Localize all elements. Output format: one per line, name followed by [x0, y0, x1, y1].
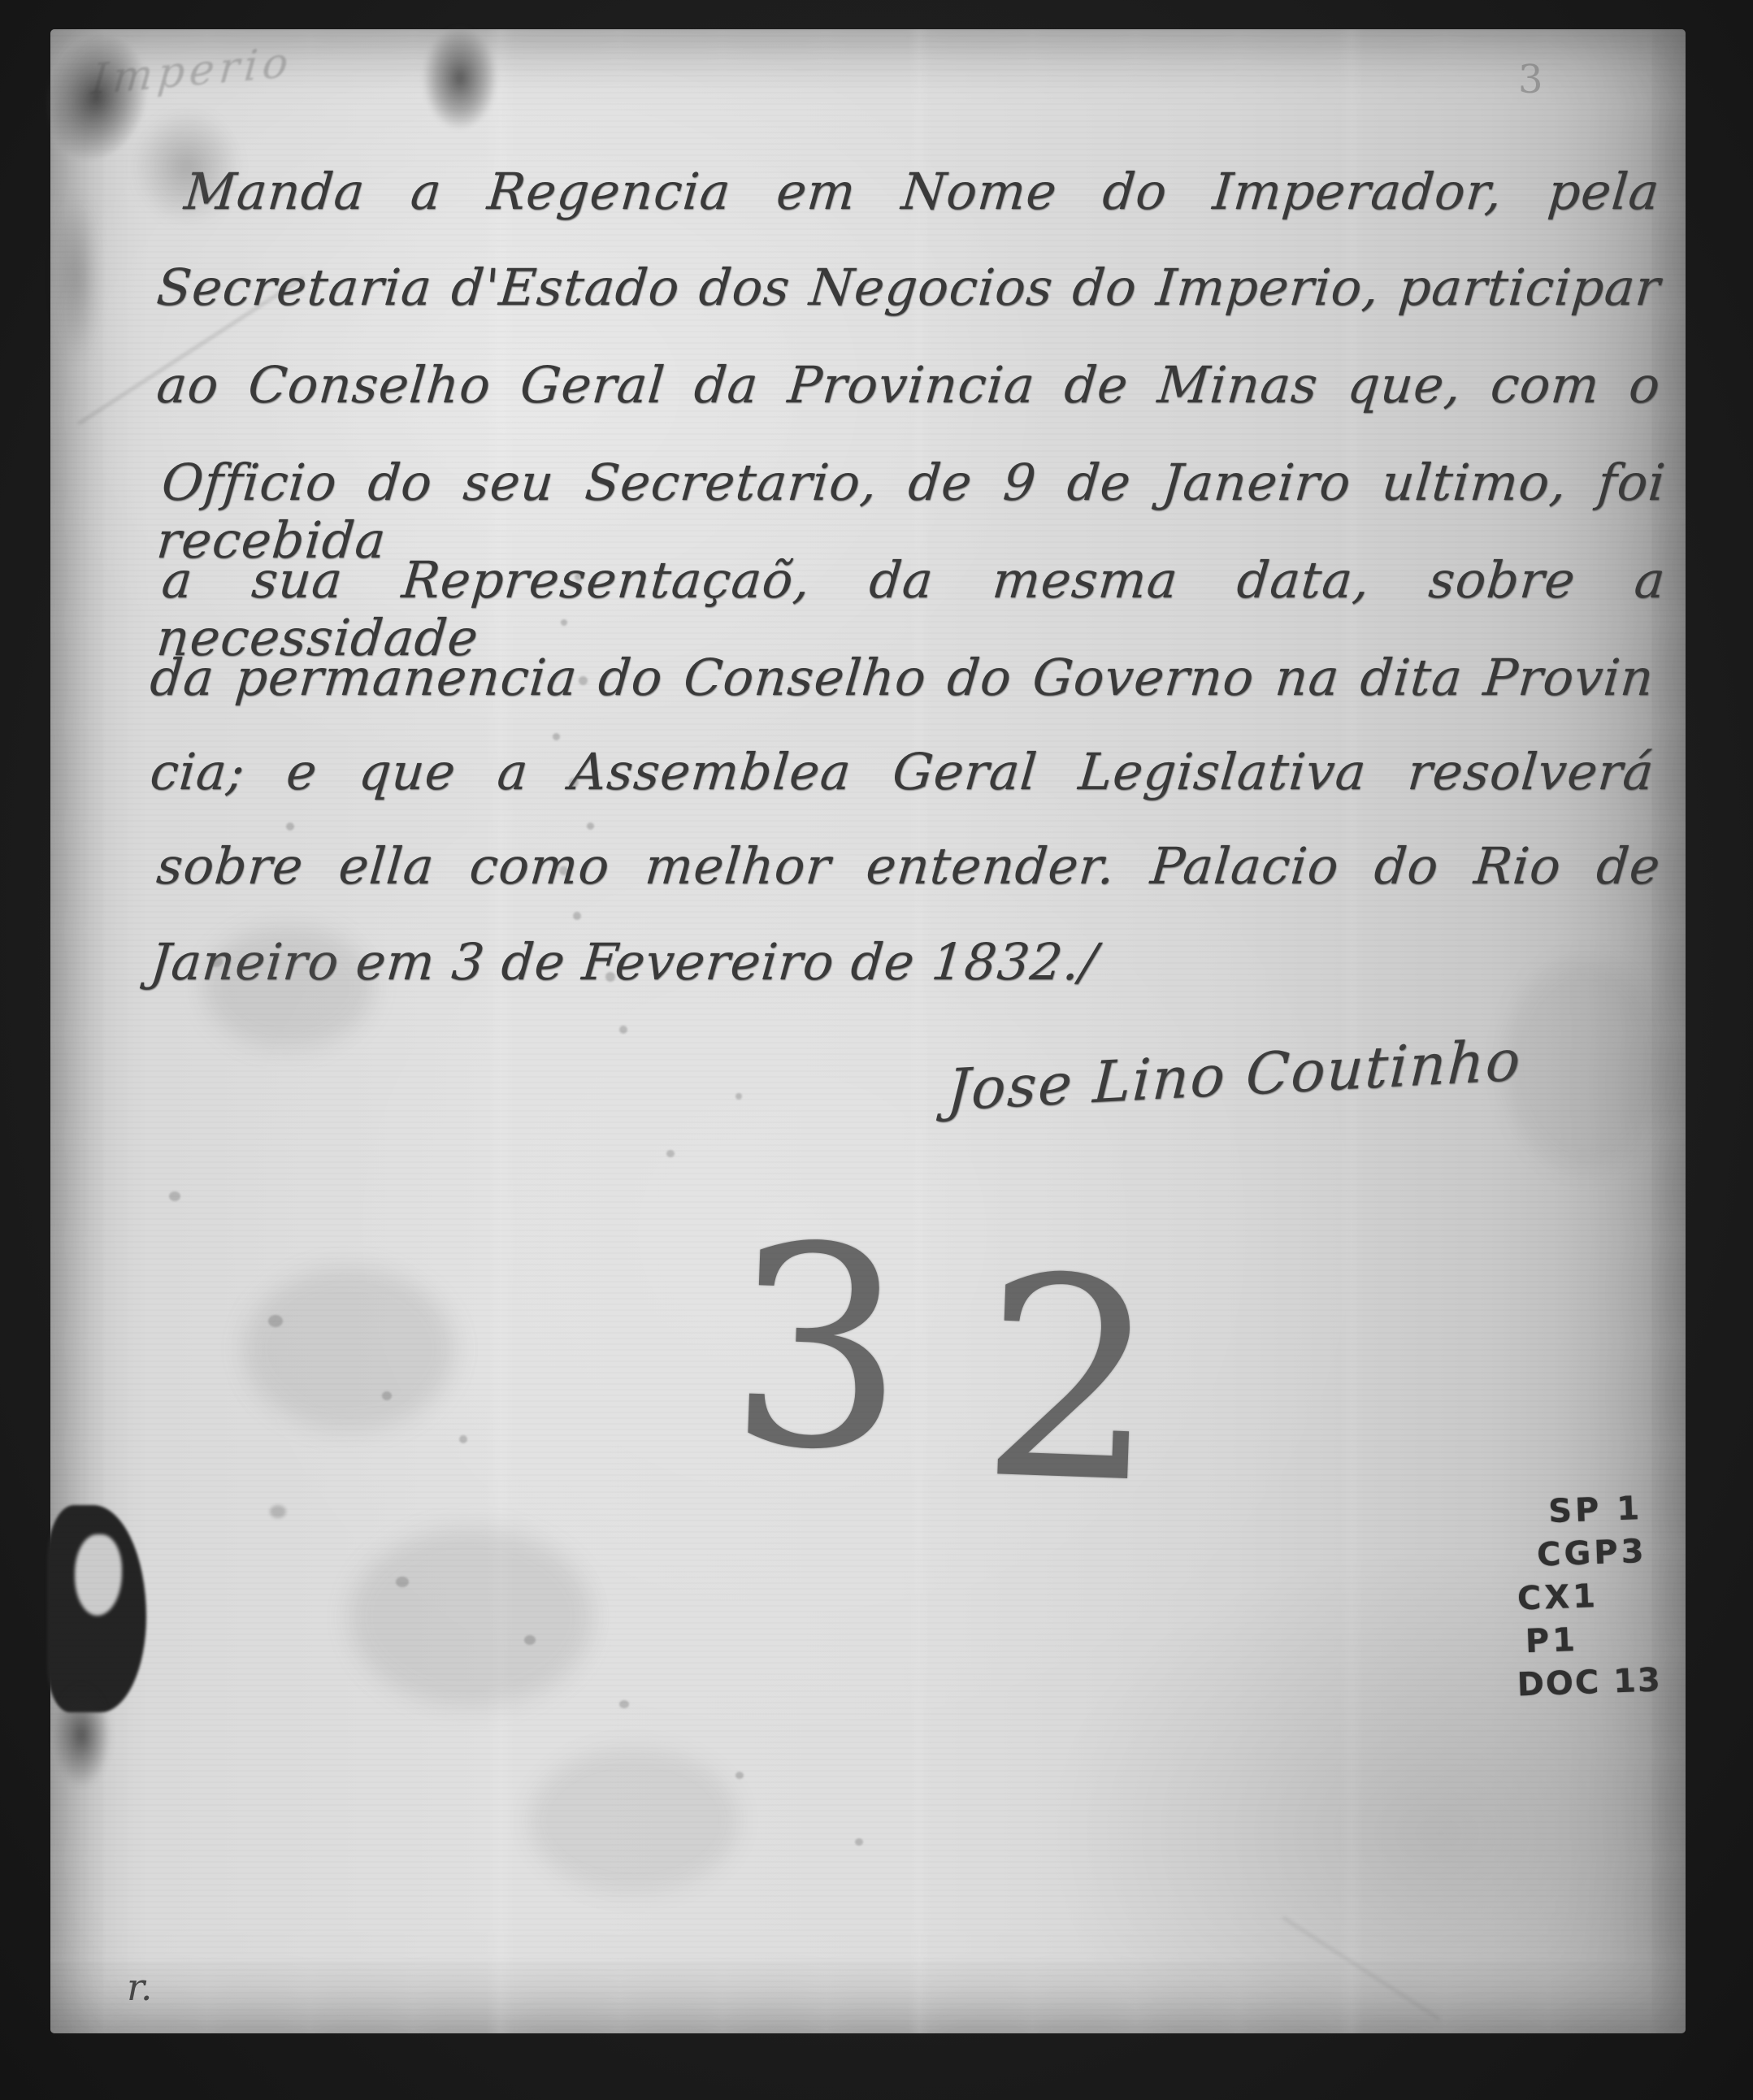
foxing-patch — [349, 1528, 593, 1707]
pencil-digit: 3 — [724, 1186, 911, 1513]
speck — [575, 573, 583, 581]
manuscript-line: ao Conselho Geral da Provincia de Minas … — [154, 356, 1663, 414]
speck — [579, 676, 588, 685]
scan-streak — [1339, 29, 1364, 2033]
speck — [286, 822, 294, 831]
speck — [605, 972, 615, 982]
foxing-patch — [1504, 959, 1666, 1170]
manuscript-line: Secretaria d'Estado dos Negocios do Impe… — [154, 258, 1663, 316]
pencil-digit: 2 — [976, 1217, 1163, 1545]
speck — [459, 1435, 467, 1443]
speck — [587, 822, 594, 830]
speck — [396, 1577, 409, 1587]
foxing-patch — [203, 926, 374, 1048]
speck — [573, 912, 581, 920]
speck — [735, 1772, 744, 1779]
bottom-left-note: r. — [127, 1965, 153, 2009]
speck — [666, 1150, 675, 1157]
corner-page-number: 3 — [1518, 57, 1543, 102]
speck — [569, 778, 579, 787]
speck — [270, 1505, 286, 1518]
speck — [735, 1093, 742, 1100]
foxing-patch — [528, 1747, 740, 1894]
manuscript-line: sobre ella como melhor entender. Palacio… — [154, 837, 1663, 895]
manuscript-line: da permanencia do Conselho do Governo na… — [148, 649, 1656, 706]
speck — [382, 1391, 392, 1400]
speck — [561, 619, 567, 626]
manuscript-line: cia; e que a Assemblea Geral Legislativa… — [148, 743, 1656, 801]
archival-reference-code: SP 1 CGP3 CX1 P1 DOC 13 — [1534, 1486, 1662, 1706]
foxing-patch — [244, 1268, 455, 1430]
speck — [553, 733, 560, 740]
archival-code-line: DOC 13 — [1517, 1659, 1663, 1707]
archival-code-line: P1 — [1525, 1616, 1661, 1664]
pencil-folio-number: 32 — [724, 1186, 1164, 1522]
archival-code-line: SP 1 — [1547, 1486, 1656, 1534]
speck — [855, 1838, 863, 1846]
archival-code-line: CX1 — [1517, 1573, 1660, 1621]
speck — [524, 1635, 536, 1645]
scan-streak — [909, 29, 930, 2033]
scanned-document-page: { "document": { "body_lines": [ "Manda a… — [0, 0, 1753, 2100]
scan-streak — [486, 29, 515, 2033]
speck — [169, 1191, 180, 1201]
speck — [210, 956, 223, 967]
speck — [559, 866, 568, 875]
speck — [619, 1700, 629, 1708]
manuscript-line: Manda a Regencia em Nome do Imperador, p… — [182, 163, 1662, 220]
speck — [619, 1026, 627, 1034]
speck — [268, 1315, 283, 1327]
archival-code-line: CGP3 — [1536, 1529, 1658, 1577]
